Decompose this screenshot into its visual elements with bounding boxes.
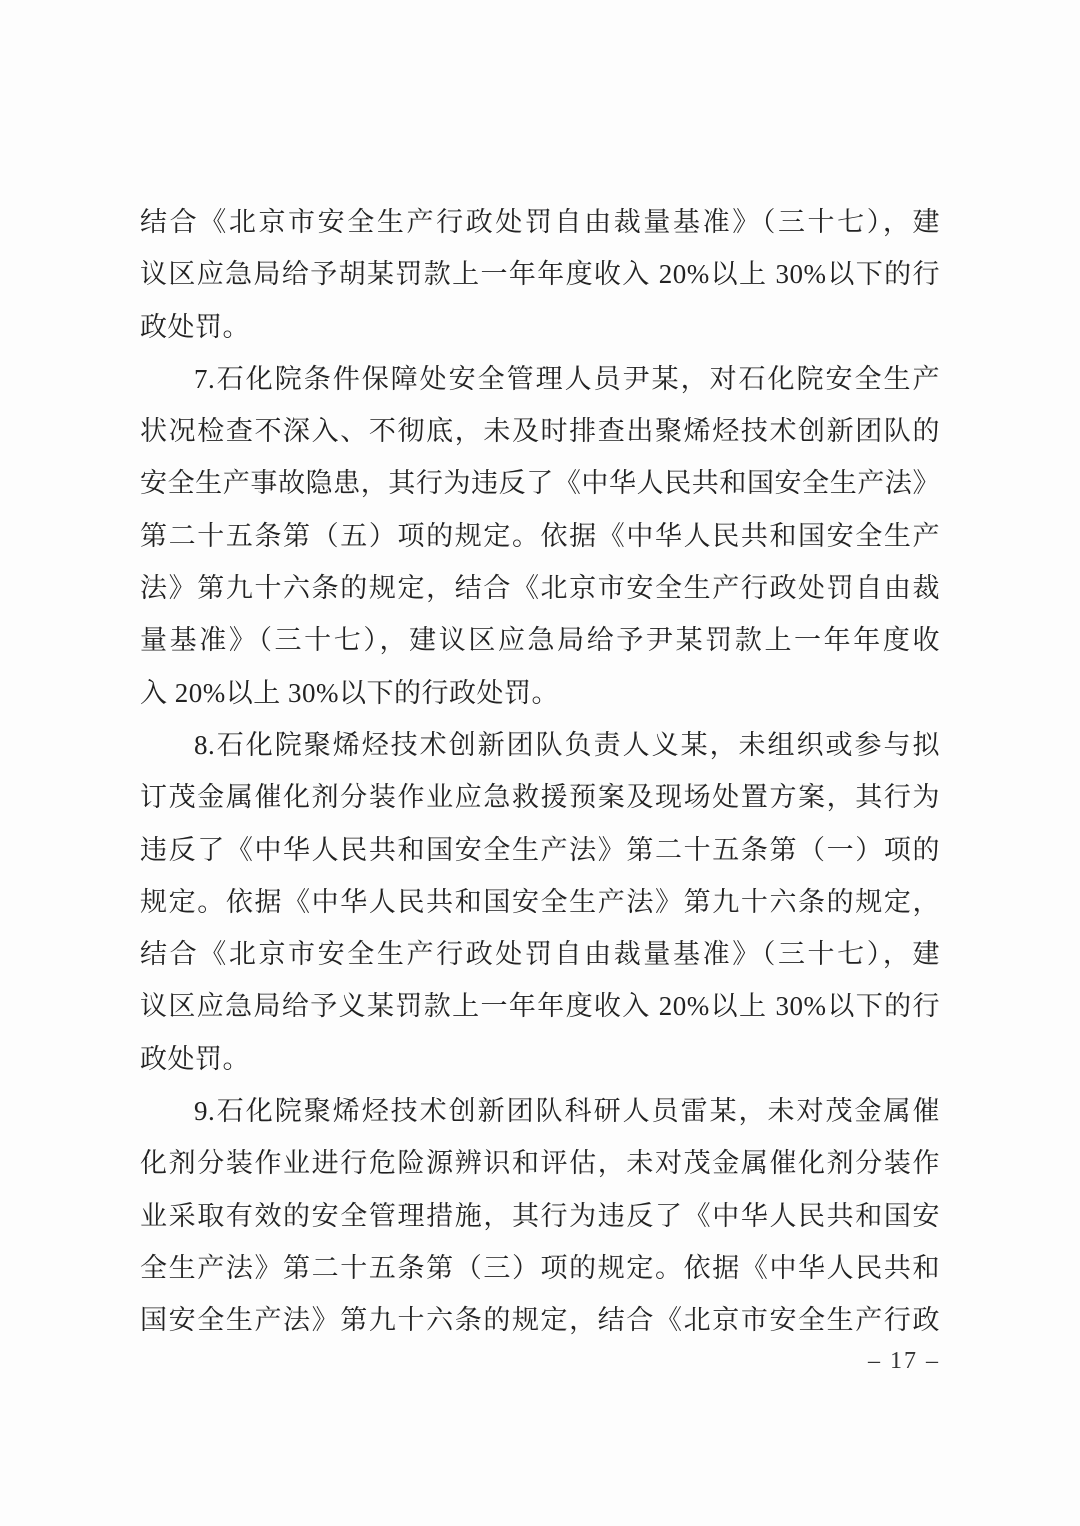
body-line: 全生产法》第二十五条第（三）项的规定。依据《中华人民共和 (140, 1242, 940, 1294)
body-line-item-8-start: 8.石化院聚烯烃技术创新团队负责人义某，未组织或参与拟 (140, 719, 940, 771)
body-line: 业采取有效的安全管理措施，其行为违反了《中华人民共和国安 (140, 1190, 940, 1242)
body-line: 法》第九十六条的规定，结合《北京市安全生产行政处罚自由裁 (140, 562, 940, 614)
body-line: 状况检查不深入、不彻底，未及时排查出聚烯烃技术创新团队的 (140, 405, 940, 457)
body-line: 结合《北京市安全生产行政处罚自由裁量基准》（三十七），建 (140, 928, 940, 980)
body-line: 结合《北京市安全生产行政处罚自由裁量基准》（三十七），建 (140, 196, 940, 248)
body-line: 议区应急局给予义某罚款上一年年度收入 20%以上 30%以下的行 (140, 980, 940, 1032)
body-line: 入 20%以上 30%以下的行政处罚。 (140, 667, 940, 719)
document-page: 结合《北京市安全生产行政处罚自由裁量基准》（三十七），建 议区应急局给予胡某罚款… (0, 0, 1080, 1526)
body-line: 化剂分装作业进行危险源辨识和评估，未对茂金属催化剂分装作 (140, 1137, 940, 1189)
body-line: 量基准》（三十七），建议区应急局给予尹某罚款上一年年度收 (140, 614, 940, 666)
body-line: 订茂金属催化剂分装作业应急救援预案及现场处置方案，其行为 (140, 771, 940, 823)
page-number: – 17 – (830, 1344, 940, 1378)
body-line: 规定。依据《中华人民共和国安全生产法》第九十六条的规定， (140, 876, 940, 928)
body-line: 国安全生产法》第九十六条的规定，结合《北京市安全生产行政 (140, 1294, 940, 1346)
body-line: 安全生产事故隐患，其行为违反了《中华人民共和国安全生产法》 (140, 457, 940, 509)
body-line: 第二十五条第（五）项的规定。依据《中华人民共和国安全生产 (140, 510, 940, 562)
body-line-item-7-start: 7.石化院条件保障处安全管理人员尹某，对石化院安全生产 (140, 353, 940, 405)
document-body: 结合《北京市安全生产行政处罚自由裁量基准》（三十七），建 议区应急局给予胡某罚款… (140, 196, 940, 1347)
body-line: 违反了《中华人民共和国安全生产法》第二十五条第（一）项的 (140, 824, 940, 876)
body-line: 政处罚。 (140, 301, 940, 353)
body-line: 议区应急局给予胡某罚款上一年年度收入 20%以上 30%以下的行 (140, 248, 940, 300)
body-line-item-9-start: 9.石化院聚烯烃技术创新团队科研人员雷某，未对茂金属催 (140, 1085, 940, 1137)
body-line: 政处罚。 (140, 1033, 940, 1085)
